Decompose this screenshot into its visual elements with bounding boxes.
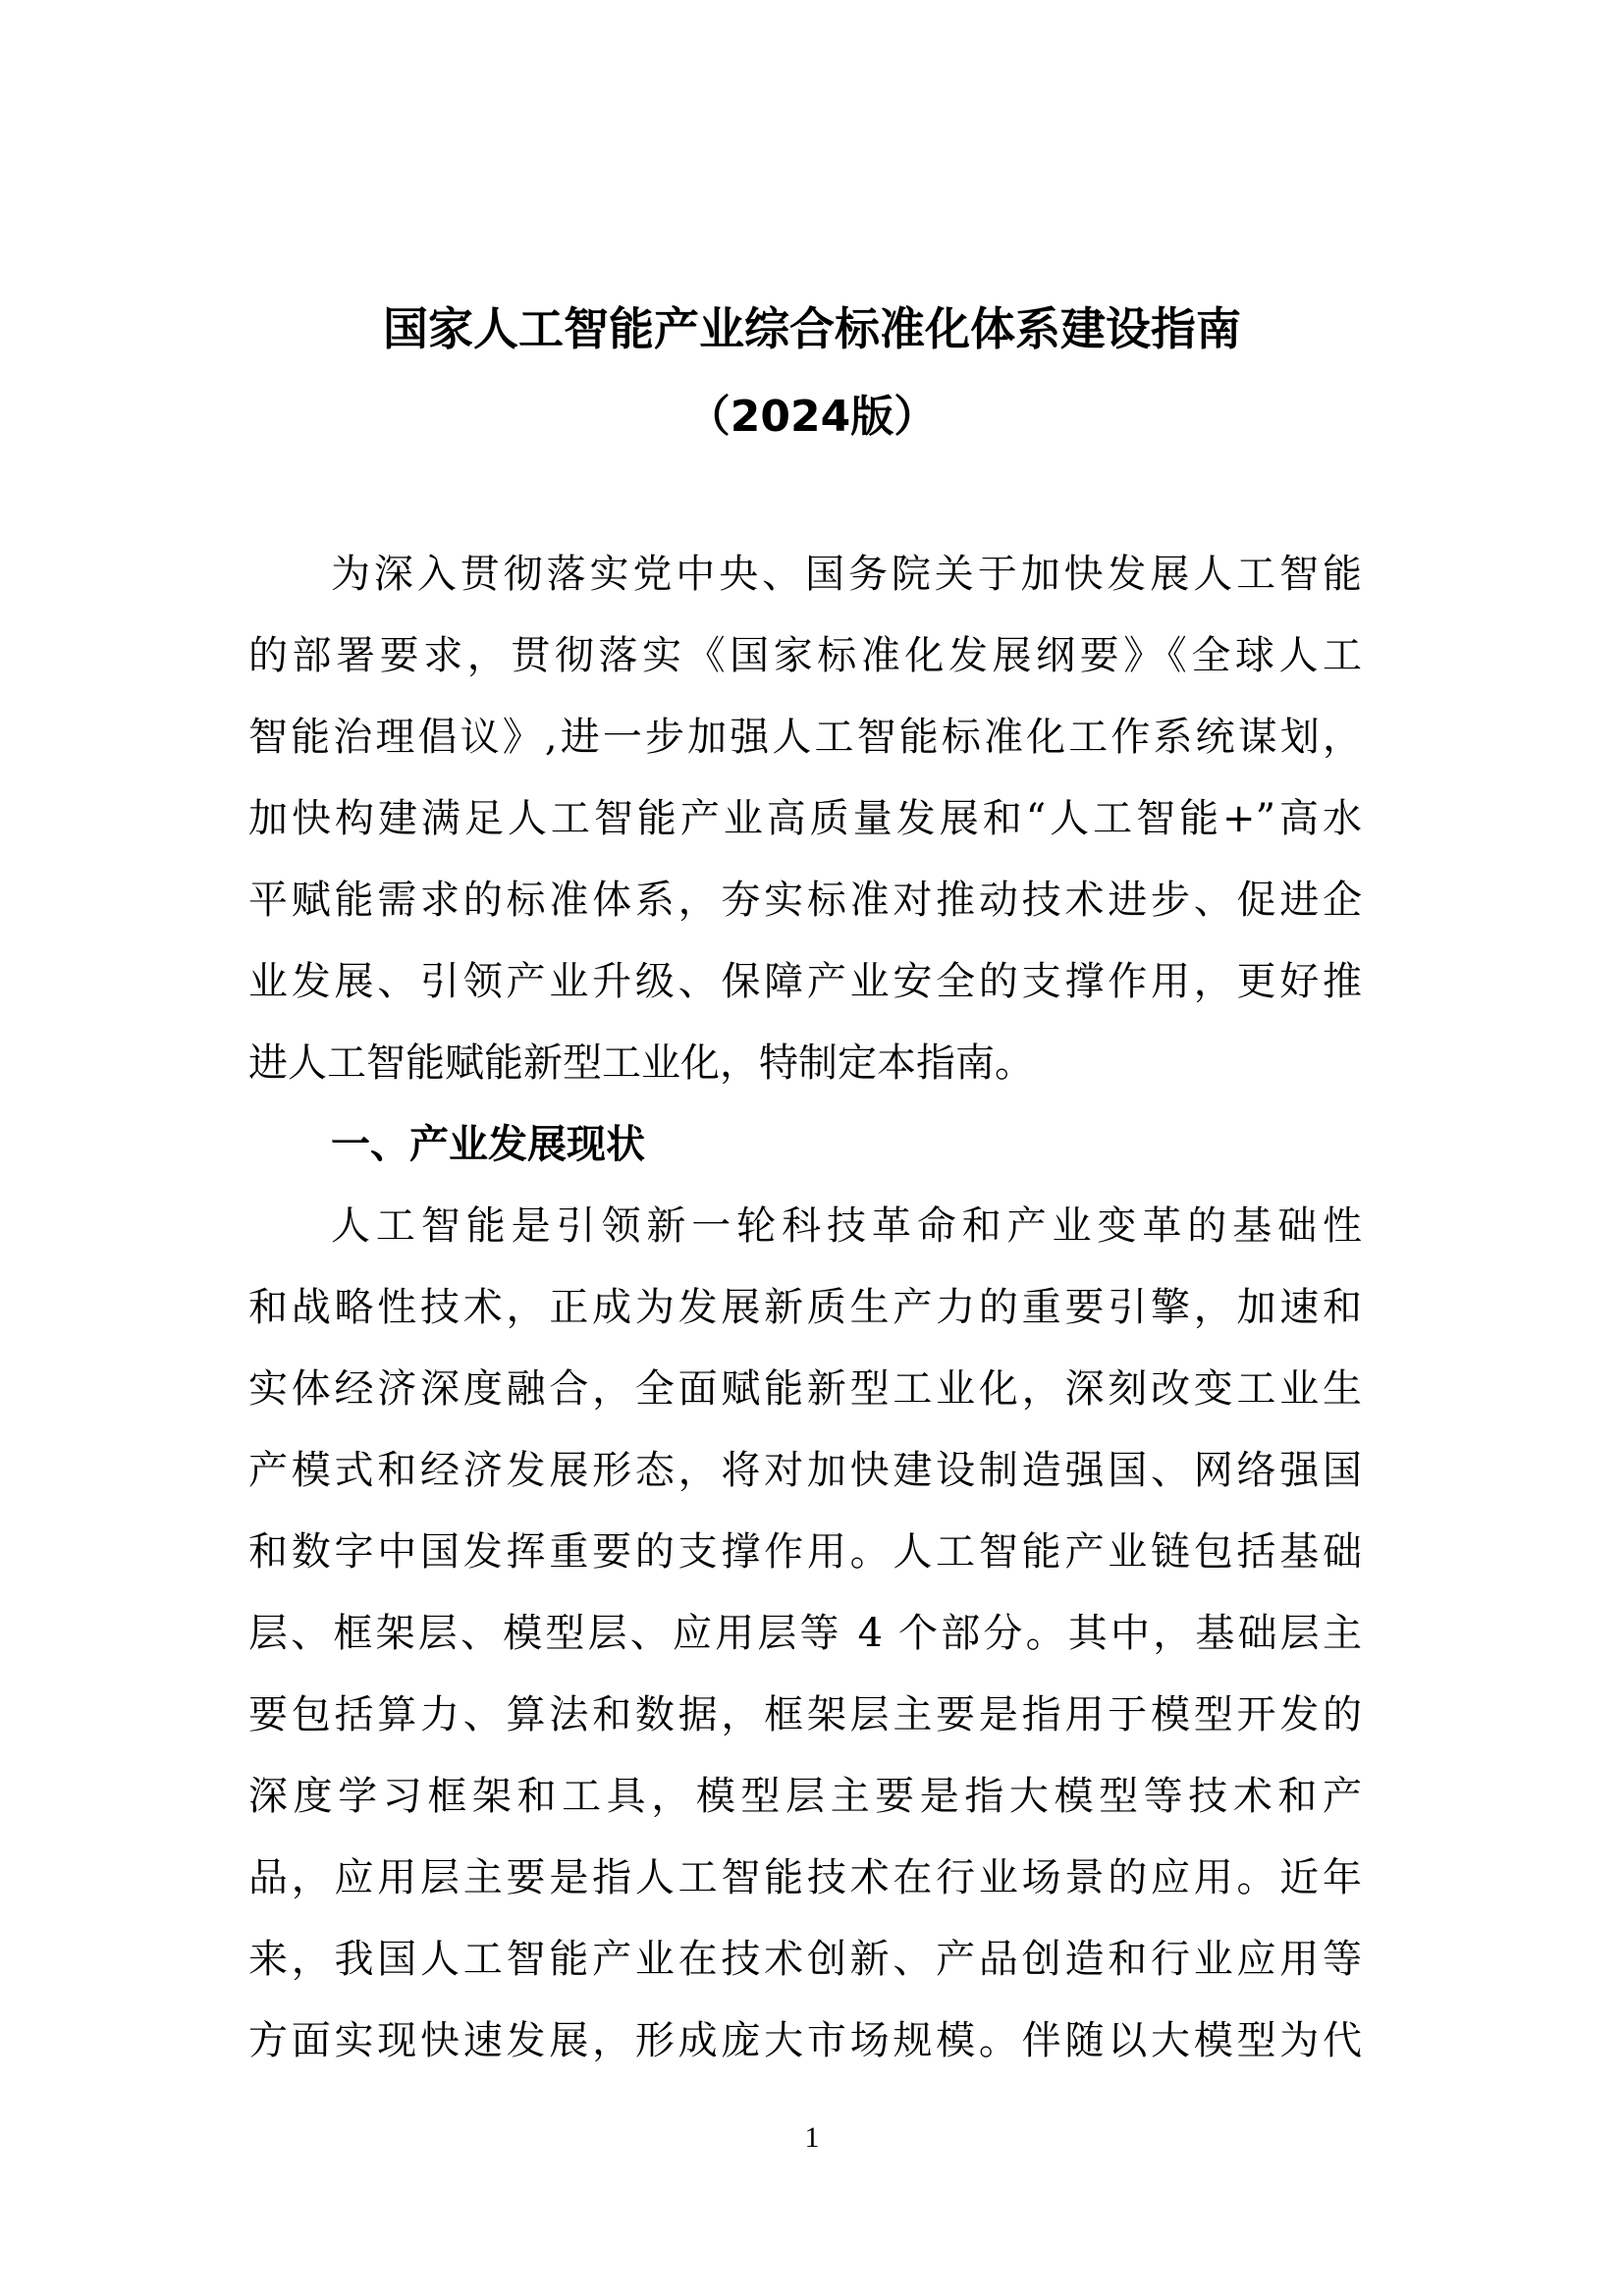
- section-heading: 一、产业发展现状: [248, 1104, 1362, 1186]
- paragraph-line: 进人工智能赋能新型工业化，特制定本指南。: [248, 1023, 1362, 1104]
- paragraph-line: 层、框架层、模型层、应用层等 4 个部分。其中，基础层主: [248, 1593, 1362, 1675]
- paragraph-line: 来，我国人工智能产业在技术创新、产品创造和行业应用等: [248, 1919, 1362, 2001]
- paragraph-line: 实体经济深度融合，全面赋能新型工业化，深刻改变工业生: [248, 1349, 1362, 1430]
- paragraph-line: 要包括算力、算法和数据，框架层主要是指用于模型开发的: [248, 1675, 1362, 1756]
- paragraph-line: 智能治理倡议》,进一步加强人工智能标准化工作系统谋划，: [248, 697, 1362, 778]
- paragraph-line: 品，应用层主要是指人工智能技术在行业场景的应用。近年: [248, 1838, 1362, 1919]
- paragraph-line: 为深入贯彻落实党中央、国务院关于加快发展人工智能: [248, 534, 1362, 615]
- paragraph-line: 人工智能是引领新一轮科技革命和产业变革的基础性: [248, 1186, 1362, 1267]
- paragraph-line: 深度学习框架和工具，模型层主要是指大模型等技术和产: [248, 1756, 1362, 1838]
- document-title: 国家人工智能产业综合标准化体系建设指南: [0, 299, 1624, 358]
- paragraph-line: 平赋能需求的标准体系，夯实标准对推动技术进步、促进企: [248, 860, 1362, 941]
- paragraph-line: 加快构建满足人工智能产业高质量发展和“人工智能+”高水: [248, 778, 1362, 860]
- paragraph-line: 的部署要求，贯彻落实《国家标准化发展纲要》《全球人工: [248, 615, 1362, 697]
- paragraph-line: 业发展、引领产业升级、保障产业安全的支撑作用，更好推: [248, 941, 1362, 1023]
- paragraph-line: 和数字中国发挥重要的支撑作用。人工智能产业链包括基础: [248, 1512, 1362, 1593]
- document-subtitle: （2024版）: [0, 388, 1624, 447]
- document-page: 国家人工智能产业综合标准化体系建设指南 （2024版） 为深入贯彻落实党中央、国…: [0, 0, 1624, 2296]
- paragraph-line: 产模式和经济发展形态，将对加快建设制造强国、网络强国: [248, 1430, 1362, 1512]
- paragraph-line: 方面实现快速发展，形成庞大市场规模。伴随以大模型为代: [248, 2001, 1362, 2082]
- intro-paragraph: 为深入贯彻落实党中央、国务院关于加快发展人工智能 的部署要求，贯彻落实《国家标准…: [248, 534, 1362, 2082]
- paragraph-line: 和战略性技术，正成为发展新质生产力的重要引擎，加速和: [248, 1267, 1362, 1349]
- page-number: 1: [0, 2120, 1624, 2156]
